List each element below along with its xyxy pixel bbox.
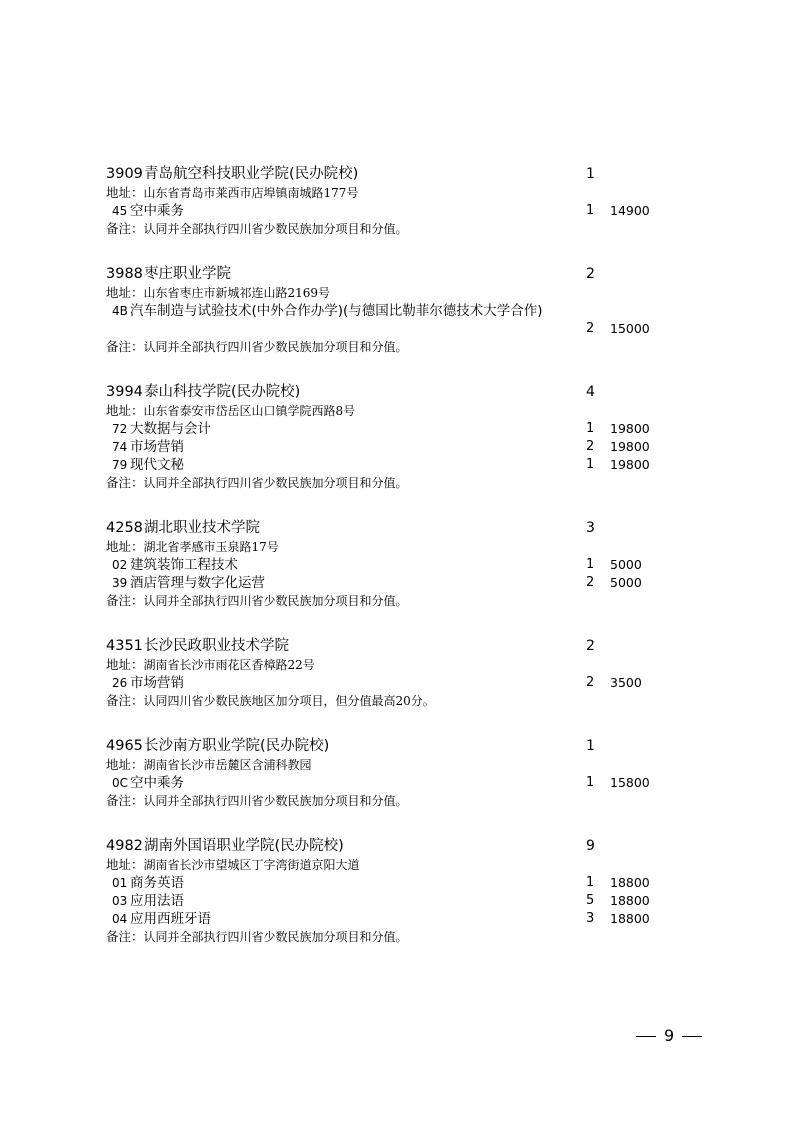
program-name: 商务英语 (130, 875, 184, 891)
program-code: 4B (106, 302, 130, 320)
program-code: 74 (106, 438, 130, 456)
school-address: 地址：湖南省长沙市望城区丁字湾街道京阳大道 (106, 856, 666, 874)
program-code: 04 (106, 910, 130, 928)
school-address: 地址：湖南省长沙市雨花区香樟路22号 (106, 656, 666, 674)
program-code: 0C (106, 774, 130, 792)
program-count: 1 (586, 556, 594, 574)
program-fee: 5000 (610, 574, 642, 592)
program-row: 01商务英语 1 18800 (106, 874, 666, 892)
school-title: 4351长沙民政职业技术学院 2 (106, 636, 666, 656)
program-count: 1 (586, 456, 594, 474)
program-row: 04应用西班牙语 3 18800 (106, 910, 666, 928)
school-title: 4982湖南外国语职业学院(民办院校) 9 (106, 836, 666, 856)
program-fee: 5000 (610, 556, 642, 574)
program-code: 02 (106, 556, 130, 574)
school-code: 4965 (106, 736, 144, 756)
document-page: 3909青岛航空科技职业学院(民办院校) 1 地址：山东省青岛市莱西市店埠镇南城… (0, 0, 793, 1122)
program-count: 1 (586, 202, 594, 220)
program-fee: 18800 (610, 910, 650, 928)
program-code: 79 (106, 456, 130, 474)
program-name: 市场营销 (130, 439, 184, 455)
program-count: 5 (586, 892, 594, 910)
school-address: 地址：湖北省孝感市玉泉路17号 (106, 538, 666, 556)
program-row: 79现代文秘 1 19800 (106, 456, 666, 474)
school-title: 4258湖北职业技术学院 3 (106, 518, 666, 538)
program-fee: 18800 (610, 892, 650, 910)
school-name: 长沙民政职业技术学院 (144, 638, 289, 654)
program-name: 现代文秘 (130, 457, 184, 473)
program-fee: 19800 (610, 438, 650, 456)
school-name: 泰山科技学院(民办院校) (144, 384, 300, 400)
school-note: 备注：认同并全部执行四川省少数民族加分项目和分值。 (106, 474, 666, 492)
school-title: 3909青岛航空科技职业学院(民办院校) 1 (106, 164, 666, 184)
program-code: 26 (106, 674, 130, 692)
program-count: 3 (586, 910, 594, 928)
program-code: 39 (106, 574, 130, 592)
school-code: 3909 (106, 164, 144, 184)
school-note: 备注：认同四川省少数民族地区加分项目，但分值最高20分。 (106, 692, 666, 710)
program-row: 39酒店管理与数字化运营 2 5000 (106, 574, 666, 592)
program-fee: 15800 (610, 774, 650, 792)
program-name: 市场营销 (130, 675, 184, 691)
program-row: 74市场营销 2 19800 (106, 438, 666, 456)
page-dash-right (682, 1036, 702, 1037)
program-count: 2 (586, 438, 594, 456)
program-row: 02建筑装饰工程技术 1 5000 (106, 556, 666, 574)
program-count: 2 (586, 574, 594, 592)
school-title: 4965长沙南方职业学院(民办院校) 1 (106, 736, 666, 756)
program-fee: 3500 (610, 674, 642, 692)
program-row: 26市场营销 2 3500 (106, 674, 666, 692)
program-code: 72 (106, 420, 130, 438)
program-name: 应用法语 (130, 893, 184, 909)
program-row: 45空中乘务 1 14900 (106, 202, 666, 220)
program-name: 酒店管理与数字化运营 (130, 575, 265, 591)
school-plan-count: 2 (586, 636, 595, 656)
school-entry-3988: 3988枣庄职业学院 2 地址：山东省枣庄市新城祁连山路2169号 4B汽车制造… (106, 264, 666, 356)
program-count: 2 (586, 674, 594, 692)
program-row: 03应用法语 5 18800 (106, 892, 666, 910)
school-entry-4351: 4351长沙民政职业技术学院 2 地址：湖南省长沙市雨花区香樟路22号 26市场… (106, 636, 666, 710)
program-count: 2 (586, 320, 594, 338)
school-code: 3994 (106, 382, 144, 402)
program-count: 1 (586, 874, 594, 892)
school-plan-count: 9 (586, 836, 595, 856)
school-title: 3994泰山科技学院(民办院校) 4 (106, 382, 666, 402)
school-entry-4982: 4982湖南外国语职业学院(民办院校) 9 地址：湖南省长沙市望城区丁字湾街道京… (106, 836, 666, 946)
school-address: 地址：山东省枣庄市新城祁连山路2169号 (106, 284, 666, 302)
school-code: 4258 (106, 518, 144, 538)
program-row: 4B汽车制造与试验技术(中外合作办学)(与德国比勒菲尔德技术大学合作) 2 15… (106, 302, 666, 338)
program-fee: 15000 (610, 320, 650, 338)
program-fee: 19800 (610, 420, 650, 438)
school-address: 地址：湖南省长沙市岳麓区含浦科教园 (106, 756, 666, 774)
school-note: 备注：认同并全部执行四川省少数民族加分项目和分值。 (106, 792, 666, 810)
program-count: 1 (586, 774, 594, 792)
program-name: 空中乘务 (130, 203, 184, 219)
school-name: 长沙南方职业学院(民办院校) (144, 738, 329, 754)
program-fee: 14900 (610, 202, 650, 220)
page-number: 9 (628, 1026, 710, 1045)
school-entry-4965: 4965长沙南方职业学院(民办院校) 1 地址：湖南省长沙市岳麓区含浦科教园 0… (106, 736, 666, 810)
program-name: 汽车制造与试验技术(中外合作办学)(与德国比勒菲尔德技术大学合作) (130, 302, 580, 320)
school-plan-count: 3 (586, 518, 595, 538)
school-name: 枣庄职业学院 (144, 266, 231, 282)
school-entry-4258: 4258湖北职业技术学院 3 地址：湖北省孝感市玉泉路17号 02建筑装饰工程技… (106, 518, 666, 610)
school-code: 4982 (106, 836, 144, 856)
school-address: 地址：山东省青岛市莱西市店埠镇南城路177号 (106, 184, 666, 202)
program-name: 大数据与会计 (130, 421, 211, 437)
page-dash-left (636, 1036, 656, 1037)
program-row: 72大数据与会计 1 19800 (106, 420, 666, 438)
school-plan-count: 4 (586, 382, 595, 402)
school-name: 青岛航空科技职业学院(民办院校) (144, 166, 358, 182)
program-name: 建筑装饰工程技术 (130, 557, 238, 573)
school-entry-3994: 3994泰山科技学院(民办院校) 4 地址：山东省泰安市岱岳区山口镇学院西路8号… (106, 382, 666, 492)
school-title: 3988枣庄职业学院 2 (106, 264, 666, 284)
program-code: 45 (106, 202, 130, 220)
program-name: 空中乘务 (130, 775, 184, 791)
school-note: 备注：认同并全部执行四川省少数民族加分项目和分值。 (106, 338, 666, 356)
program-code: 01 (106, 874, 130, 892)
school-name: 湖北职业技术学院 (144, 520, 260, 536)
school-note: 备注：认同并全部执行四川省少数民族加分项目和分值。 (106, 928, 666, 946)
school-plan-count: 1 (586, 736, 595, 756)
program-fee: 19800 (610, 456, 650, 474)
school-plan-count: 2 (586, 264, 595, 284)
school-code: 4351 (106, 636, 144, 656)
school-name: 湖南外国语职业学院(民办院校) (144, 838, 344, 854)
school-plan-count: 1 (586, 164, 595, 184)
program-name: 应用西班牙语 (130, 911, 211, 927)
program-fee: 18800 (610, 874, 650, 892)
school-note: 备注：认同并全部执行四川省少数民族加分项目和分值。 (106, 592, 666, 610)
school-code: 3988 (106, 264, 144, 284)
school-address: 地址：山东省泰安市岱岳区山口镇学院西路8号 (106, 402, 666, 420)
school-entry-3909: 3909青岛航空科技职业学院(民办院校) 1 地址：山东省青岛市莱西市店埠镇南城… (106, 164, 666, 238)
school-note: 备注：认同并全部执行四川省少数民族加分项目和分值。 (106, 220, 666, 238)
program-code: 03 (106, 892, 130, 910)
program-count: 1 (586, 420, 594, 438)
program-row: 0C空中乘务 1 15800 (106, 774, 666, 792)
